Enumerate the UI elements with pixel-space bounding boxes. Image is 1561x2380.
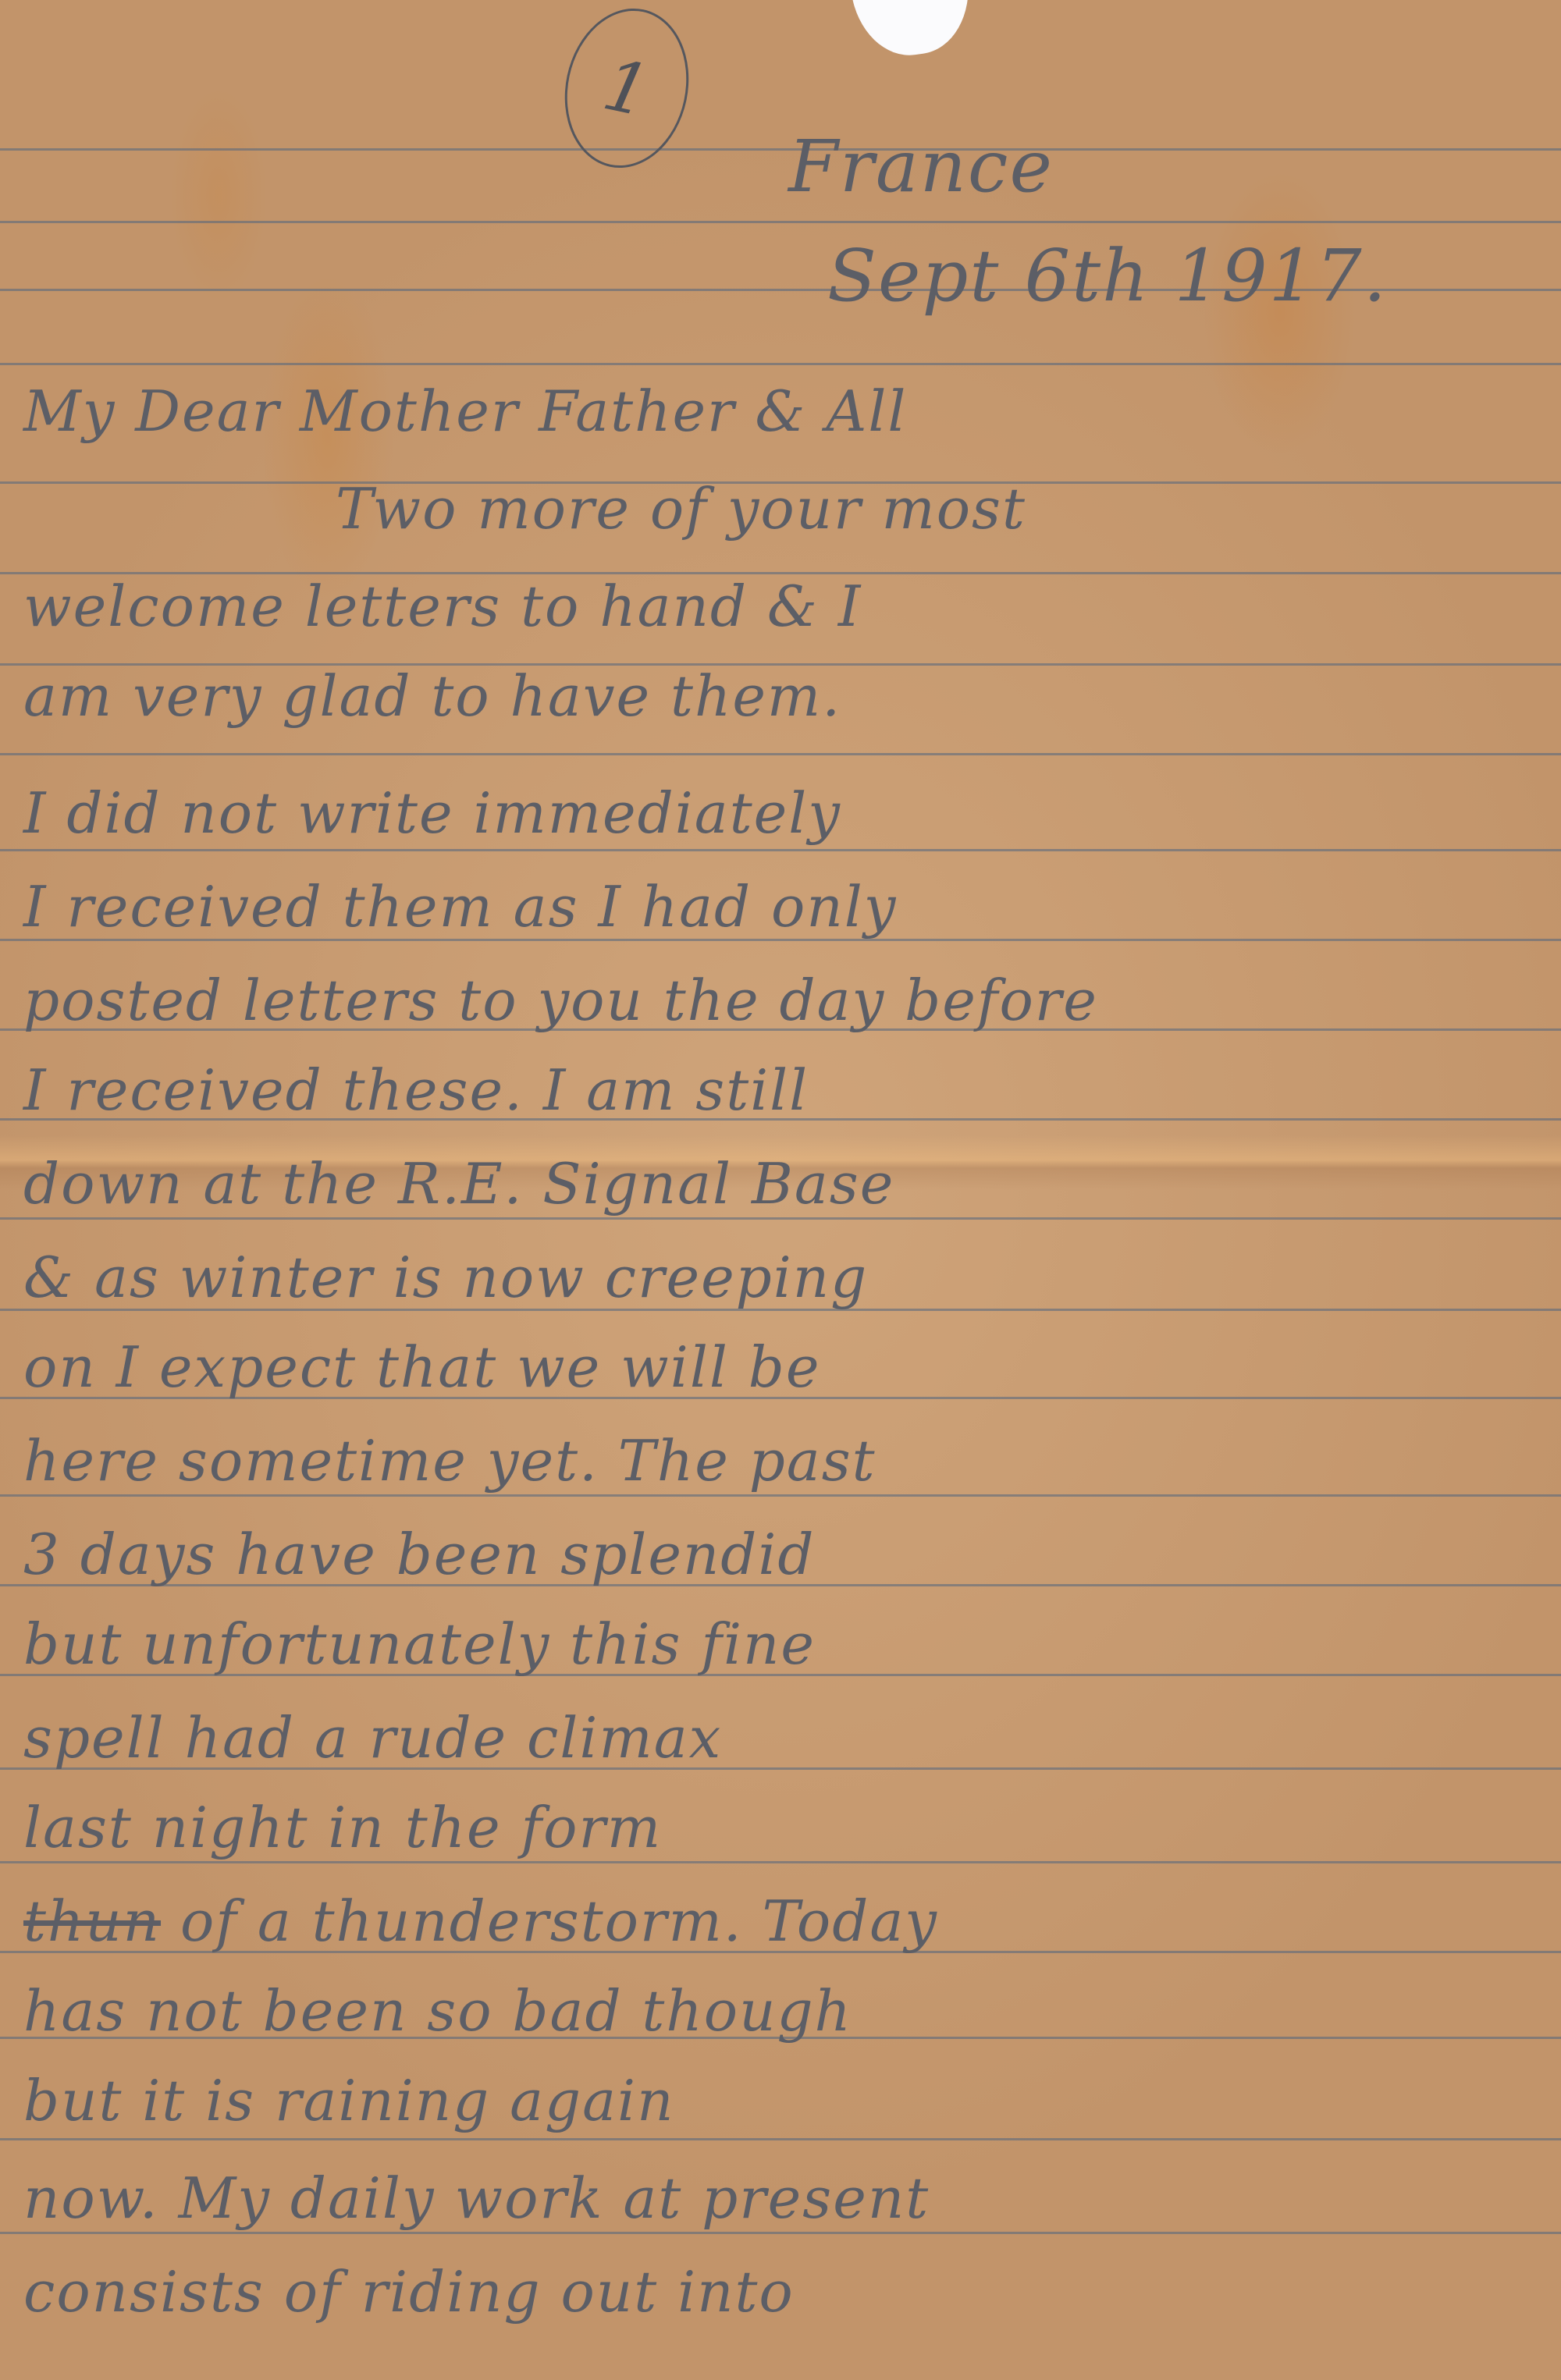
letter-line: spell had a rude climax bbox=[23, 1705, 1545, 1771]
letter-line: consists of riding out into bbox=[23, 2259, 1545, 2325]
letter-line: I received them as I had only bbox=[23, 874, 1545, 940]
letter-line: am very glad to have them. bbox=[23, 663, 1545, 729]
ruled-line bbox=[0, 221, 1561, 223]
ruled-line bbox=[0, 1861, 1561, 1863]
letter-line: on I expect that we will be bbox=[23, 1334, 1545, 1400]
letter-line: now. My daily work at present bbox=[23, 2165, 1545, 2231]
letter-line: but it is raining again bbox=[23, 2068, 1545, 2133]
ruled-line bbox=[0, 1217, 1561, 1220]
letter-line: down at the R.E. Signal Base bbox=[23, 1151, 1545, 1217]
ruled-line bbox=[0, 849, 1561, 851]
letter-page: 1 France Sept 6th 1917. My Dear Mother F… bbox=[0, 0, 1561, 2380]
letter-line: here sometime yet. The past bbox=[23, 1428, 1545, 1494]
letter-line: but unfortunately this fine bbox=[23, 1611, 1545, 1677]
place-heading: France bbox=[788, 125, 1561, 208]
salutation: My Dear Mother Father & All bbox=[23, 378, 1545, 444]
letter-line: Two more of your most bbox=[23, 476, 1561, 542]
letter-line: posted letters to you the day before bbox=[23, 968, 1545, 1033]
letter-line: I did not write immediately bbox=[23, 780, 1545, 846]
struck-word: thun bbox=[23, 1888, 161, 1954]
date-heading: Sept 6th 1917. bbox=[827, 234, 1561, 318]
letter-line: I received these. I am still bbox=[23, 1057, 1545, 1123]
letter-line: has not been so bad though bbox=[23, 1978, 1545, 2044]
ruled-line bbox=[0, 753, 1561, 755]
letter-line: welcome letters to hand & I bbox=[23, 574, 1545, 639]
ruled-line bbox=[0, 363, 1561, 365]
torn-hole bbox=[849, 0, 977, 62]
ruled-line bbox=[0, 1494, 1561, 1497]
page-number-circled: 1 bbox=[550, 0, 702, 179]
letter-line: last night in the form bbox=[23, 1795, 1545, 1860]
letter-line: thun of a thunderstorm. Today bbox=[23, 1888, 1545, 1954]
letter-line: & as winter is now creeping bbox=[23, 1245, 1545, 1310]
ruled-line bbox=[0, 2138, 1561, 2140]
ruled-line bbox=[0, 2232, 1561, 2234]
letter-line-text: of a thunderstorm. Today bbox=[180, 1888, 938, 1954]
letter-line: 3 days have been splendid bbox=[23, 1522, 1545, 1587]
